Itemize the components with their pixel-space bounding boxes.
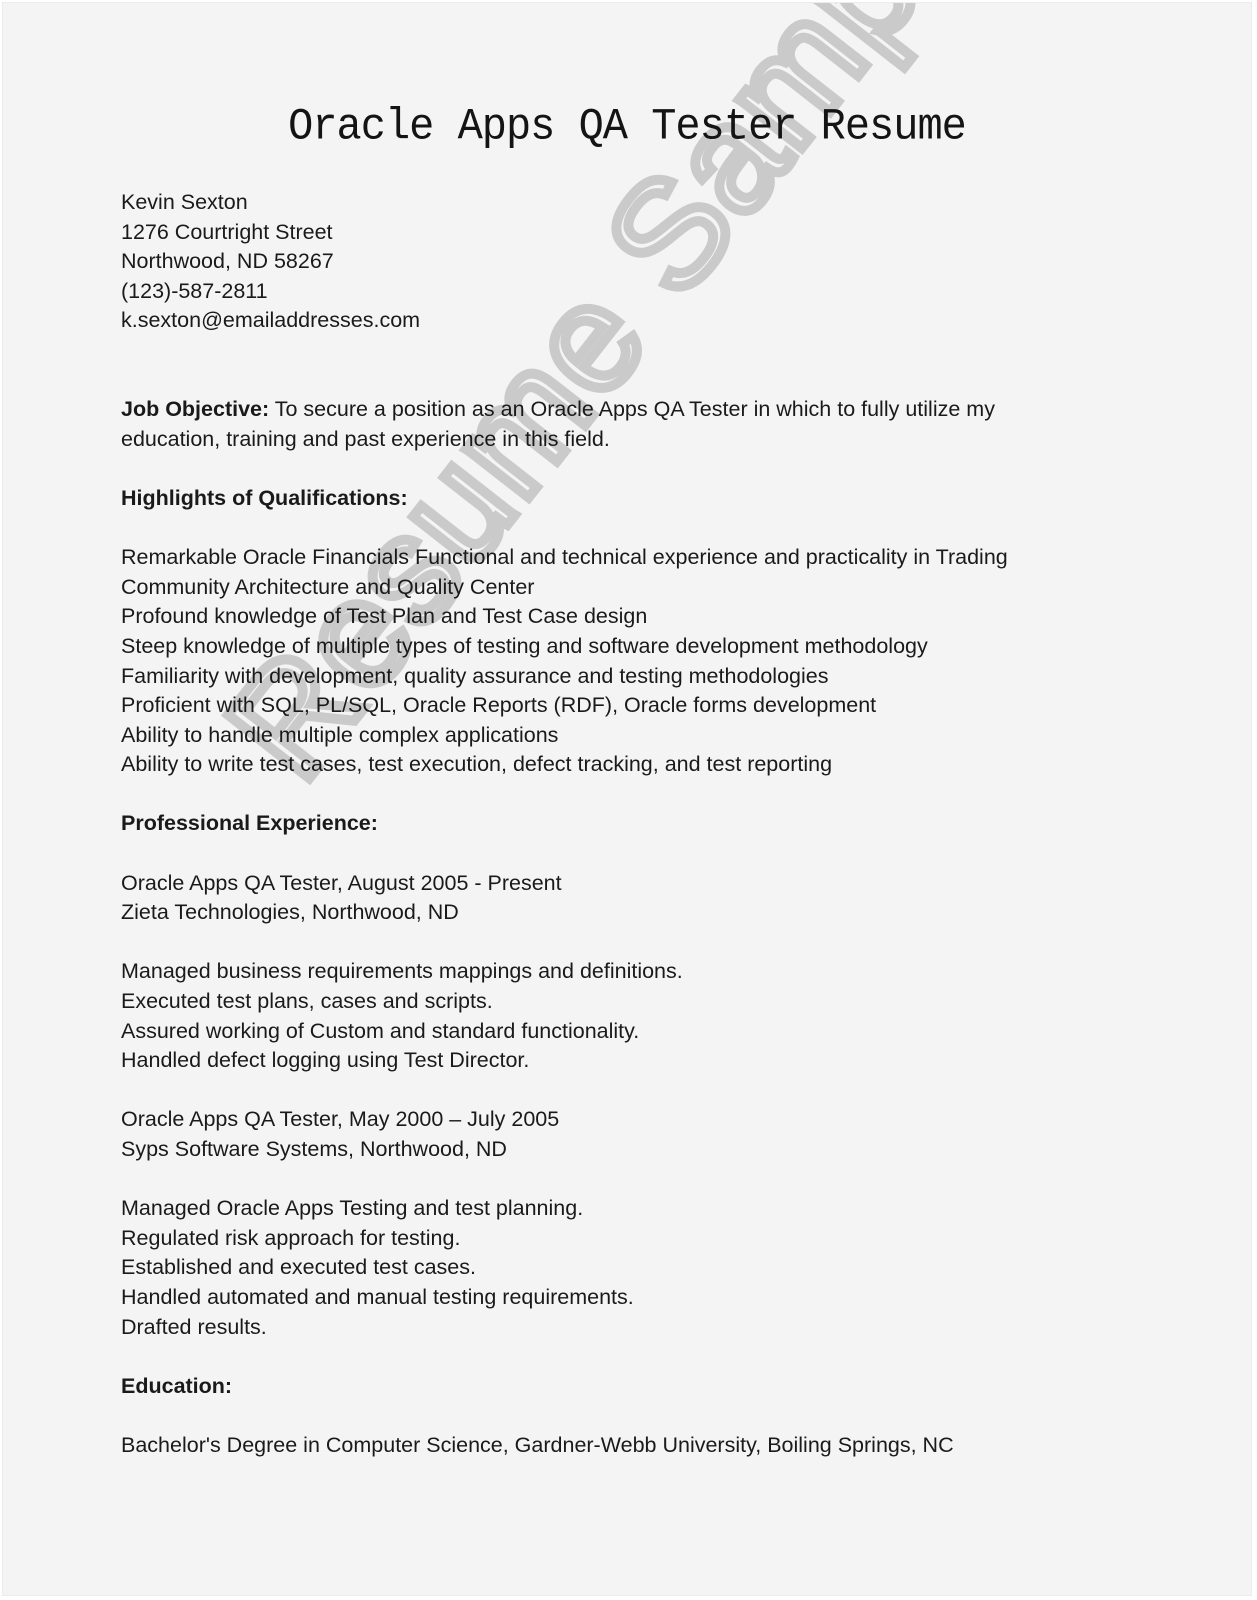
job-duty: Established and executed test cases. xyxy=(121,1253,1121,1283)
document-title: Oracle Apps QA Tester Resume xyxy=(3,102,1251,152)
contact-name: Kevin Sexton xyxy=(121,188,1121,218)
qualification-item: Ability to handle multiple complex appli… xyxy=(121,721,1121,751)
qualification-item: Familiarity with development, quality as… xyxy=(121,662,1121,692)
resume-body: Kevin Sexton 1276 Courtright Street Nort… xyxy=(121,188,1121,1461)
job-entry: Oracle Apps QA Tester, May 2000 – July 2… xyxy=(121,1105,1121,1342)
job-duty: Drafted results. xyxy=(121,1313,1121,1343)
contact-email: k.sexton@emailaddresses.com xyxy=(121,306,1121,336)
job-duty: Executed test plans, cases and scripts. xyxy=(121,987,1121,1017)
job-duty: Assured working of Custom and standard f… xyxy=(121,1017,1121,1047)
qualification-item: Ability to write test cases, test execut… xyxy=(121,750,1121,780)
qualification-item: Profound knowledge of Test Plan and Test… xyxy=(121,602,1121,632)
job-duty: Handled defect logging using Test Direct… xyxy=(121,1046,1121,1076)
objective-text: To secure a position as an Oracle Apps Q… xyxy=(269,397,995,421)
qualification-item: Community Architecture and Quality Cente… xyxy=(121,573,1121,603)
job-entry: Oracle Apps QA Tester, August 2005 - Pre… xyxy=(121,869,1121,1076)
education-section: Education: Bachelor's Degree in Computer… xyxy=(121,1372,1121,1461)
experience-section: Professional Experience: Oracle Apps QA … xyxy=(121,809,1121,1342)
qualifications-section: Highlights of Qualifications: Remarkable… xyxy=(121,484,1121,780)
job-title-dates: Oracle Apps QA Tester, August 2005 - Pre… xyxy=(121,869,1121,899)
qualification-item: Proficient with SQL, PL/SQL, Oracle Repo… xyxy=(121,691,1121,721)
job-company: Zieta Technologies, Northwood, ND xyxy=(121,898,1121,928)
job-duty: Managed Oracle Apps Testing and test pla… xyxy=(121,1194,1121,1224)
qualification-item: Remarkable Oracle Financials Functional … xyxy=(121,543,1121,573)
job-title-dates: Oracle Apps QA Tester, May 2000 – July 2… xyxy=(121,1105,1121,1135)
contact-phone: (123)-587-2811 xyxy=(121,277,1121,307)
contact-block: Kevin Sexton 1276 Courtright Street Nort… xyxy=(121,188,1121,336)
objective-section: Job Objective: To secure a position as a… xyxy=(121,395,1121,454)
objective-label: Job Objective: xyxy=(121,397,269,421)
contact-street: 1276 Courtright Street xyxy=(121,218,1121,248)
education-degree: Bachelor's Degree in Computer Science, G… xyxy=(121,1431,1121,1461)
job-duty: Managed business requirements mappings a… xyxy=(121,957,1121,987)
job-duty: Regulated risk approach for testing. xyxy=(121,1224,1121,1254)
qualifications-heading: Highlights of Qualifications: xyxy=(121,484,1121,514)
job-duty: Handled automated and manual testing req… xyxy=(121,1283,1121,1313)
resume-page: Resume Samples Oracle Apps QA Tester Res… xyxy=(2,2,1252,1596)
objective-text-continued: education, training and past experience … xyxy=(121,425,1121,455)
education-heading: Education: xyxy=(121,1372,1121,1402)
qualification-item: Steep knowledge of multiple types of tes… xyxy=(121,632,1121,662)
job-company: Syps Software Systems, Northwood, ND xyxy=(121,1135,1121,1165)
experience-heading: Professional Experience: xyxy=(121,809,1121,839)
contact-city: Northwood, ND 58267 xyxy=(121,247,1121,277)
